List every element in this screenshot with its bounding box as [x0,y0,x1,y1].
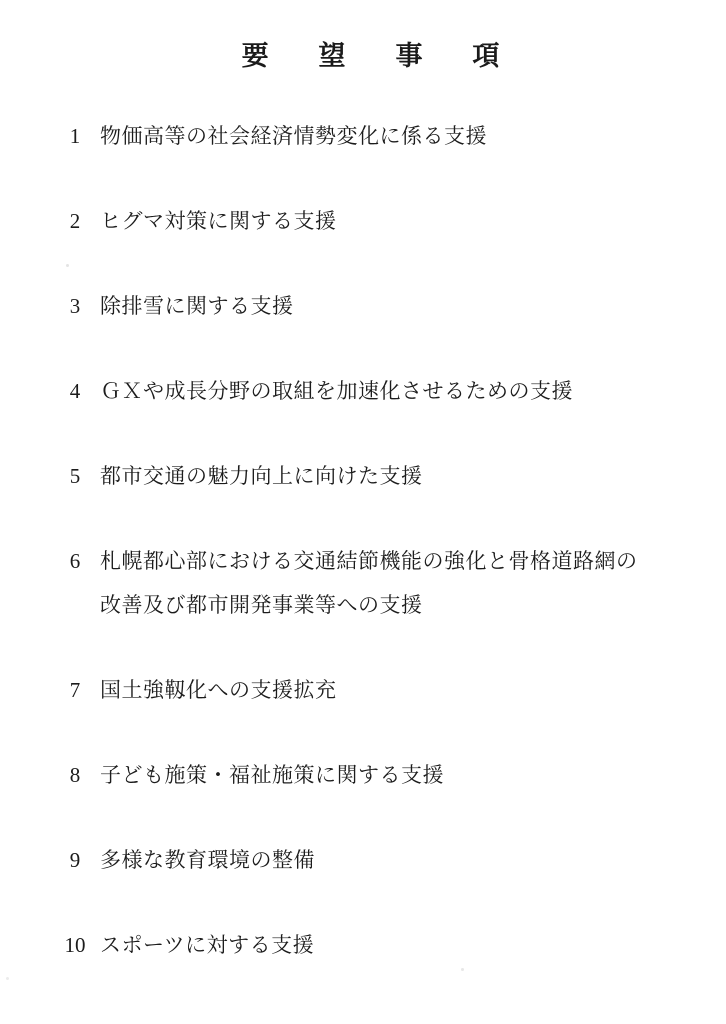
request-list: 1 物価高等の社会経済情勢変化に係る支援 2 ヒグマ対策に関する支援 3 除排雪… [55,114,686,967]
item-text: 物価高等の社会経済情勢変化に係る支援 [100,114,487,158]
list-item: 5 都市交通の魅力向上に向けた支援 [55,454,686,498]
item-number: 1 [55,114,95,158]
item-text: 子ども施策・福祉施策に関する支援 [100,753,444,797]
item-text: 除排雪に関する支援 [100,284,294,328]
list-item: 10 スポーツに対する支援 [55,923,686,967]
scan-speck [6,977,9,980]
list-item: 4 ＧＸや成長分野の取組を加速化させるための支援 [55,369,686,413]
item-text: 都市交通の魅力向上に向けた支援 [100,454,423,498]
item-number: 10 [55,923,95,967]
item-text: スポーツに対する支援 [100,923,314,967]
item-number: 7 [55,668,95,712]
list-item: 3 除排雪に関する支援 [55,284,686,328]
scan-speck [461,968,464,971]
item-text: ＧＸや成長分野の取組を加速化させるための支援 [100,369,573,413]
list-item: 1 物価高等の社会経済情勢変化に係る支援 [55,114,686,158]
item-number: 9 [55,838,95,882]
list-item: 2 ヒグマ対策に関する支援 [55,199,686,243]
list-item: 9 多様な教育環境の整備 [55,838,686,882]
item-text: ヒグマ対策に関する支援 [100,199,337,243]
scan-speck [66,264,69,267]
list-item: 8 子ども施策・福祉施策に関する支援 [55,753,686,797]
list-item: 7 国土強靱化への支援拡充 [55,668,686,712]
item-number: 3 [55,284,95,328]
item-number: 6 [55,539,95,583]
item-number: 8 [55,753,95,797]
list-item: 6 札幌都心部における交通結節機能の強化と骨格道路網の改善及び都市開発事業等への… [55,539,686,627]
item-number: 4 [55,369,95,413]
item-number: 2 [55,199,95,243]
item-text: 札幌都心部における交通結節機能の強化と骨格道路網の改善及び都市開発事業等への支援 [100,539,648,627]
page-title: 要望事項 [55,38,686,74]
item-text: 国土強靱化への支援拡充 [100,668,337,712]
item-text: 多様な教育環境の整備 [100,838,315,882]
document-page: 要望事項 1 物価高等の社会経済情勢変化に係る支援 2 ヒグマ対策に関する支援 … [0,0,726,1024]
item-number: 5 [55,454,95,498]
